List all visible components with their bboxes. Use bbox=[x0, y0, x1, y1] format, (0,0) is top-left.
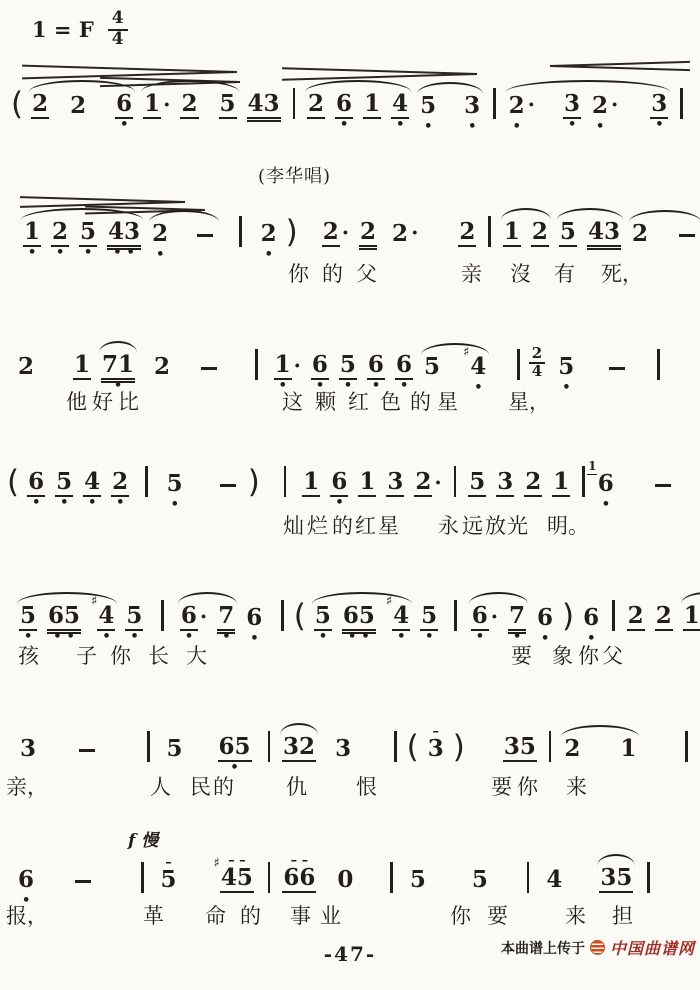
low-octave-dots: • bbox=[180, 634, 198, 640]
dot-after: · bbox=[294, 355, 301, 376]
note: 6• bbox=[330, 470, 348, 497]
slur-group: 12 bbox=[678, 604, 700, 631]
note-number: 0 bbox=[336, 868, 354, 893]
note-number: 4• bbox=[391, 92, 409, 119]
lyric-syllable: 恨 bbox=[356, 777, 377, 798]
barline bbox=[394, 731, 397, 762]
barline bbox=[454, 466, 457, 497]
score-line-3: 2171•21•·6•5•6•6•5♯4•245•他好比这颗红色的星星， bbox=[0, 330, 700, 450]
note-number: 5• bbox=[339, 353, 357, 380]
lyric-syllable: 你 bbox=[450, 906, 471, 927]
key-signature: 1 = F 4 4 bbox=[32, 10, 128, 49]
meter-denominator: 4 bbox=[112, 31, 124, 49]
note-number: 66– – bbox=[282, 866, 316, 893]
note: 3 bbox=[19, 737, 37, 762]
note-number: 3 bbox=[334, 737, 352, 762]
barline bbox=[161, 600, 164, 631]
low-octave-dots: • bbox=[111, 500, 129, 506]
low-octave-dots: • bbox=[83, 500, 101, 506]
note-number: 6• bbox=[335, 92, 353, 119]
note: 2 bbox=[359, 220, 377, 247]
note: 2• bbox=[260, 222, 278, 247]
low-octave-dots: • bbox=[339, 383, 357, 389]
low-octave-dots: • bbox=[151, 252, 169, 258]
barline bbox=[145, 466, 148, 497]
dot-after: · bbox=[342, 222, 349, 243]
low-octave-dots: • bbox=[367, 383, 385, 389]
note-number: 2 bbox=[524, 470, 542, 497]
barline bbox=[493, 88, 496, 119]
low-octave-dots: • bbox=[101, 383, 135, 389]
note: 35 bbox=[503, 735, 537, 762]
note-number: 2 bbox=[563, 737, 581, 762]
note-number: 1 bbox=[619, 737, 637, 762]
note-number: 5– bbox=[160, 868, 178, 893]
octave-overline: – – bbox=[220, 858, 254, 863]
note: 3– bbox=[427, 737, 445, 762]
note: 6• bbox=[245, 606, 263, 631]
hairpin-line bbox=[282, 73, 477, 81]
note-number: 3 bbox=[386, 470, 404, 497]
lyric-syllable: 红 bbox=[355, 516, 376, 537]
octave-overline: – – bbox=[282, 858, 316, 863]
note-number: 1 bbox=[302, 470, 320, 497]
note: 3• bbox=[463, 94, 481, 119]
lyric-syllable: 红 bbox=[348, 392, 369, 413]
lyric-syllable: 业 bbox=[320, 906, 341, 927]
note: 4• bbox=[391, 92, 409, 119]
score-line-4: (6•5•4•2•5•)16•132·532116•灿烂的红星永远放光明。 bbox=[0, 442, 700, 562]
note: 5 bbox=[166, 737, 184, 762]
note: 3• bbox=[650, 92, 668, 119]
barline bbox=[549, 731, 552, 762]
note-number: 1• bbox=[274, 353, 292, 380]
note: 1 bbox=[358, 470, 376, 497]
note-number: 65•• bbox=[342, 604, 376, 631]
note-number: 2 bbox=[414, 470, 432, 497]
low-octave-dots: • bbox=[563, 122, 581, 128]
low-octave-dots: • bbox=[536, 636, 554, 642]
note-number: 2• bbox=[508, 94, 526, 119]
low-octave-dots: • bbox=[419, 124, 437, 130]
note: 6• bbox=[335, 92, 353, 119]
note: 1 bbox=[363, 92, 381, 119]
note: 4• bbox=[83, 470, 101, 497]
dash-continuation-note bbox=[197, 234, 213, 238]
lyric-syllable: 报， bbox=[6, 906, 48, 927]
note-number: 2 bbox=[655, 604, 673, 631]
note: 2 bbox=[180, 92, 198, 119]
barline bbox=[685, 731, 688, 762]
time-signature-main: 4 4 bbox=[108, 10, 128, 49]
note-number: 3 bbox=[496, 470, 514, 497]
dash-continuation-note bbox=[201, 367, 217, 371]
low-octave-dots: • bbox=[591, 124, 609, 130]
note-number: 65• bbox=[218, 735, 252, 762]
watermark-text: 本曲谱上传于 bbox=[501, 938, 585, 958]
octave-overline: – bbox=[160, 860, 178, 865]
lyric-syllable: 的 bbox=[322, 264, 343, 285]
note-number: 2 bbox=[391, 222, 409, 247]
slur-group: 5•3• bbox=[414, 94, 486, 119]
note: 2• bbox=[51, 220, 69, 247]
barline bbox=[255, 349, 258, 380]
note-number: 6• bbox=[367, 353, 385, 380]
note: 5• bbox=[79, 220, 97, 247]
score-line-6: 3565•323(3–)3521亲，人民的仇恨要你来 bbox=[0, 705, 700, 825]
note: 2 bbox=[524, 470, 542, 497]
note-number: 6• bbox=[180, 604, 198, 631]
note: 2• bbox=[111, 470, 129, 497]
low-octave-dots: • bbox=[245, 636, 263, 642]
low-octave-dots: •• bbox=[47, 634, 81, 640]
lyric-syllable: 远 bbox=[462, 516, 483, 537]
note-number: 5 bbox=[166, 737, 184, 762]
lyric-syllable: 有 bbox=[554, 264, 575, 285]
lyric-syllable: 革 bbox=[143, 906, 164, 927]
note-number: 6• bbox=[311, 353, 329, 380]
note: 5 bbox=[471, 868, 489, 893]
low-octave-dots: • bbox=[166, 502, 184, 508]
parenthesis: ( bbox=[11, 90, 23, 119]
note: 6•· bbox=[180, 604, 207, 631]
meter-numerator: 4 bbox=[108, 10, 128, 31]
low-octave-dots: • bbox=[469, 385, 487, 391]
parenthesis: ( bbox=[407, 733, 419, 762]
low-octave-dots: •• bbox=[107, 250, 141, 256]
note: ♯4• bbox=[463, 355, 487, 380]
note: 7• bbox=[217, 604, 235, 631]
note-number: 2 bbox=[153, 355, 171, 380]
dot-after: · bbox=[163, 94, 170, 115]
note: 3 bbox=[334, 737, 352, 762]
lyric-syllable: 担 bbox=[612, 906, 633, 927]
note: 5• bbox=[339, 353, 357, 380]
slur-group: 543 bbox=[554, 220, 626, 247]
note-number: 5 bbox=[559, 220, 577, 247]
decresc-hairpin bbox=[22, 66, 237, 76]
dynamics-tempo-marking: f 慢 bbox=[128, 826, 158, 851]
score-line-7: f 慢6•5–♯45– –66– –055435报，革命的事业你要来担 bbox=[0, 820, 700, 940]
note: 5• bbox=[125, 604, 143, 631]
note-number: 2 bbox=[458, 220, 476, 247]
low-octave-dots: • bbox=[597, 502, 615, 508]
barline bbox=[680, 88, 683, 119]
note-number: 2 bbox=[531, 220, 549, 247]
low-octave-dots: • bbox=[314, 634, 332, 640]
note-number: 2 bbox=[359, 220, 377, 247]
score-line-2: (李华唱)1•2•5•43••2•2•)2·22·2125432你的父亲沒有死， bbox=[0, 160, 700, 280]
slur-group: 2•·3•2•·3• bbox=[503, 92, 674, 119]
note-number: 2 bbox=[31, 92, 49, 119]
low-octave-dots: • bbox=[391, 122, 409, 128]
note-number: 5• bbox=[79, 220, 97, 247]
note: 3• bbox=[563, 92, 581, 119]
note: 5• bbox=[19, 604, 37, 631]
note: 2 bbox=[31, 92, 49, 119]
lyric-syllable: 明。 bbox=[547, 516, 589, 537]
slur-group: 5•65••♯4• bbox=[309, 604, 415, 631]
note: 6• bbox=[395, 353, 413, 380]
notes-row: 3565•323(3–)3521 bbox=[14, 731, 695, 762]
low-octave-dots: • bbox=[27, 500, 45, 506]
note: 1 bbox=[552, 470, 570, 497]
note-number: 1 bbox=[363, 92, 381, 119]
singer-annotation: (李华唱) bbox=[258, 162, 331, 188]
dot-after: · bbox=[611, 94, 618, 115]
note: 3 bbox=[496, 470, 514, 497]
note-number: 6• bbox=[536, 606, 554, 631]
low-octave-dots: • bbox=[55, 500, 73, 506]
notes-row: 1•2•5•43••2•2•)2·22·2125432 bbox=[18, 216, 700, 247]
parenthesis: ) bbox=[286, 218, 298, 247]
slur-group: 6•·7• bbox=[466, 604, 531, 631]
octave-overline: – bbox=[427, 729, 445, 734]
note: 1 bbox=[683, 604, 700, 631]
note-number: 2 bbox=[307, 92, 325, 119]
note: 6• bbox=[311, 353, 329, 380]
notes-row: 6•5–♯45– –66– –055435 bbox=[12, 862, 657, 893]
low-octave-dots: • bbox=[508, 634, 526, 640]
parenthesis: ) bbox=[562, 602, 574, 631]
lyric-syllable: 永 bbox=[438, 516, 459, 537]
slur-group: 32 bbox=[277, 735, 321, 762]
lyric-syllable: 星 bbox=[437, 392, 458, 413]
lyric-syllable: 仇 bbox=[286, 777, 307, 798]
lyric-syllable: 人 bbox=[150, 777, 171, 798]
note-number: 2 bbox=[69, 94, 87, 119]
note-number: 4• bbox=[469, 355, 487, 380]
lyric-syllable: 色 bbox=[380, 392, 401, 413]
low-octave-dots: • bbox=[335, 122, 353, 128]
lyric-syllable: 的 bbox=[240, 906, 261, 927]
low-octave-dots: • bbox=[557, 385, 575, 391]
slur-group: 226• bbox=[26, 92, 138, 119]
note: 2 bbox=[655, 604, 673, 631]
note-number: 3• bbox=[463, 94, 481, 119]
note-number: 5• bbox=[314, 604, 332, 631]
slur-arc bbox=[506, 80, 671, 92]
meter-denominator: 4 bbox=[532, 364, 542, 379]
note-number: 1 bbox=[358, 470, 376, 497]
note: 6• bbox=[536, 606, 554, 631]
low-octave-dots: • bbox=[395, 383, 413, 389]
time-signature-change: 24 bbox=[529, 346, 545, 379]
note-number: 43 bbox=[587, 220, 621, 247]
lyric-syllable: 烂 bbox=[307, 516, 328, 537]
note: 43•• bbox=[107, 220, 141, 247]
note-number: 43 bbox=[247, 92, 281, 119]
note-number: 5• bbox=[557, 355, 575, 380]
note-number: 6• bbox=[245, 606, 263, 631]
note-number: 2 bbox=[631, 222, 649, 247]
lyric-syllable: 你 bbox=[517, 777, 538, 798]
note: 5 bbox=[409, 868, 427, 893]
barline bbox=[141, 862, 144, 893]
lyric-syllable: 大 bbox=[186, 646, 207, 667]
note-number: 5• bbox=[419, 94, 437, 119]
hairpin-line bbox=[550, 65, 690, 71]
note-number: 45– – bbox=[220, 866, 254, 893]
note-number: 2 bbox=[627, 604, 645, 631]
note-number: 2 bbox=[180, 92, 198, 119]
note: 2 bbox=[307, 92, 325, 119]
barline bbox=[488, 216, 491, 247]
lyric-syllable: 的 bbox=[410, 392, 431, 413]
lyric-syllable: 长 bbox=[148, 646, 169, 667]
low-octave-dots: • bbox=[274, 383, 292, 389]
note: 1•· bbox=[274, 353, 301, 380]
slur-group: 6•·7• bbox=[175, 604, 240, 631]
note: 1 bbox=[302, 470, 320, 497]
note-number: 5 bbox=[468, 470, 486, 497]
note: 5 bbox=[559, 220, 577, 247]
parenthesis: ( bbox=[294, 602, 306, 631]
note: 7• bbox=[508, 604, 526, 631]
lyric-syllable: 事 bbox=[290, 906, 311, 927]
lyric-syllable: 你 bbox=[578, 646, 599, 667]
note: 2· bbox=[322, 220, 349, 247]
dot-after: · bbox=[491, 606, 498, 627]
lyric-syllable: 亲， bbox=[6, 777, 48, 798]
parenthesis: ( bbox=[7, 468, 19, 497]
lyric-syllable: 要 bbox=[487, 906, 508, 927]
slur-group: 2• bbox=[146, 222, 222, 247]
barline bbox=[281, 600, 284, 631]
lyric-syllable: 的 bbox=[213, 777, 234, 798]
note: 2 bbox=[627, 604, 645, 631]
note-number: 1 bbox=[503, 220, 521, 247]
note-number: 1 bbox=[683, 604, 700, 631]
barline bbox=[268, 862, 271, 893]
lyric-syllable: 星 bbox=[378, 516, 399, 537]
notes-row: 2171•21•·6•5•6•6•5♯4•245• bbox=[12, 346, 667, 380]
lyric-syllable: 星， bbox=[508, 392, 550, 413]
notes-row: (226•1·254326•14•5•3•2•·3•2•·3• bbox=[8, 88, 690, 119]
slur-group: 2 bbox=[626, 222, 700, 247]
lyric-syllable: 父 bbox=[602, 646, 623, 667]
slur-group: 1•2•5•43•• bbox=[18, 220, 146, 247]
barline bbox=[657, 349, 660, 380]
lyric-syllable: 子 bbox=[76, 646, 97, 667]
barline bbox=[647, 862, 650, 893]
low-octave-dots: • bbox=[508, 124, 526, 130]
dot-after: · bbox=[434, 472, 441, 493]
note: 43 bbox=[247, 92, 281, 119]
note-number: 6• bbox=[17, 868, 35, 893]
note: 5 bbox=[468, 470, 486, 497]
note-number: 5• bbox=[55, 470, 73, 497]
note: 5 bbox=[423, 355, 441, 380]
note-number: 5• bbox=[19, 604, 37, 631]
lyric-syllable: 要 bbox=[511, 646, 532, 667]
lyric-syllable: 民 bbox=[190, 777, 211, 798]
parenthesis: ) bbox=[453, 733, 465, 762]
notes-row: (6•5•4•2•5•)16•132·532116• bbox=[4, 466, 700, 497]
barline bbox=[293, 88, 296, 119]
note: 65• bbox=[218, 735, 252, 762]
slur-group: 26•14• bbox=[302, 92, 414, 119]
note: 66– – bbox=[282, 866, 316, 893]
note: 5 bbox=[219, 92, 237, 119]
note-number: 7• bbox=[508, 604, 526, 631]
note-number: 1 bbox=[73, 353, 91, 380]
low-octave-dots: • bbox=[260, 252, 278, 258]
note: 5– bbox=[160, 868, 178, 893]
note: 5• bbox=[420, 604, 438, 631]
low-octave-dots: • bbox=[217, 634, 235, 640]
note: 2 bbox=[531, 220, 549, 247]
note-number: 3– bbox=[427, 737, 445, 762]
lyric-syllable: 光 bbox=[507, 516, 528, 537]
lyric-syllable: 放 bbox=[485, 516, 506, 537]
barline bbox=[454, 600, 457, 631]
dash-continuation-note bbox=[655, 484, 671, 488]
barline bbox=[612, 600, 615, 631]
note-number: 6• bbox=[471, 604, 489, 631]
barline bbox=[582, 466, 585, 497]
barline bbox=[517, 349, 520, 380]
note-number: 6• bbox=[597, 472, 615, 497]
note-number: 2• bbox=[151, 222, 169, 247]
watermark: 本曲谱上传于 中国曲谱网 bbox=[501, 936, 695, 959]
dash-continuation-note bbox=[679, 234, 695, 238]
lyric-syllable: 死， bbox=[601, 264, 643, 285]
note-number: 2• bbox=[260, 222, 278, 247]
note: 6• bbox=[115, 92, 133, 119]
low-octave-dots: • bbox=[311, 383, 329, 389]
note: 2• bbox=[151, 222, 169, 247]
note: 2 bbox=[153, 355, 171, 380]
lyric-syllable: 孩 bbox=[18, 646, 39, 667]
low-octave-dots: • bbox=[218, 765, 252, 771]
dot-after: · bbox=[200, 606, 207, 627]
note: 1 bbox=[503, 220, 521, 247]
note-number: 5 bbox=[219, 92, 237, 119]
note: 6• bbox=[27, 470, 45, 497]
note-number: 5 bbox=[409, 868, 427, 893]
note-number: 71• bbox=[101, 353, 135, 380]
note: 43 bbox=[587, 220, 621, 247]
note-number: 35 bbox=[503, 735, 537, 762]
low-octave-dots: • bbox=[392, 634, 410, 640]
lyric-syllable: 他 bbox=[66, 392, 87, 413]
note: 2 bbox=[631, 222, 649, 247]
note: 1• bbox=[23, 220, 41, 247]
note: 2 bbox=[17, 355, 35, 380]
note-number: 5• bbox=[125, 604, 143, 631]
barline bbox=[527, 862, 530, 893]
slur-group: 35 bbox=[594, 866, 638, 893]
dot-after: · bbox=[411, 222, 418, 243]
slur-group: 21 bbox=[558, 737, 642, 762]
note-number: 1 bbox=[143, 92, 161, 119]
note: 1 bbox=[73, 353, 91, 380]
note: 2•· bbox=[591, 94, 618, 119]
note-number: 5 bbox=[471, 868, 489, 893]
note: 16• bbox=[597, 472, 615, 497]
note-number: 7• bbox=[217, 604, 235, 631]
note-number: 2• bbox=[51, 220, 69, 247]
note-number: 2 bbox=[17, 355, 35, 380]
note-number: 3• bbox=[563, 92, 581, 119]
note: 35 bbox=[599, 866, 633, 893]
note-number: 1 bbox=[552, 470, 570, 497]
note-number: 5• bbox=[420, 604, 438, 631]
note-number: 6• bbox=[115, 92, 133, 119]
dash-continuation-note bbox=[75, 880, 91, 884]
lyric-syllable: 你 bbox=[110, 646, 131, 667]
